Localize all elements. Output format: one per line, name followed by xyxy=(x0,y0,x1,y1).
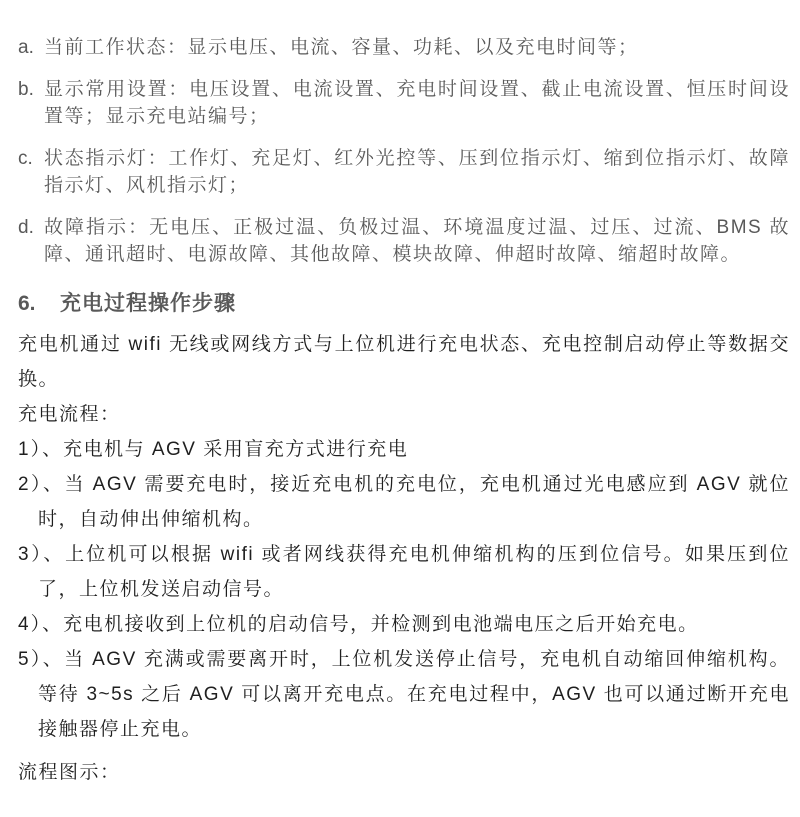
step-item-2: 2）、当 AGV 需要充电时，接近充电机的充电位，充电机通过光电感应到 AGV … xyxy=(18,467,790,537)
document-page: a. 当前工作状态：显示电压、电流、容量、功耗、以及充电时间等； b. 显示常用… xyxy=(0,0,800,817)
lettered-item-d: d. 故障指示：无电压、正极过温、负极过温、环境温度过温、过压、过流、BMS 故… xyxy=(18,214,790,268)
step-marker: 1）、 xyxy=(18,439,63,460)
lettered-item-b: b. 显示常用设置：电压设置、电流设置、充电时间设置、截止电流设置、恒压时间设置… xyxy=(18,76,790,130)
list-marker: d. xyxy=(18,214,44,268)
lettered-item-a: a. 当前工作状态：显示电压、电流、容量、功耗、以及充电时间等； xyxy=(18,34,790,61)
step-marker: 2）、 xyxy=(18,474,64,495)
section-number: 6. xyxy=(18,289,60,319)
list-item-text: 当前工作状态：显示电压、电流、容量、功耗、以及充电时间等； xyxy=(44,34,790,61)
step-text: 充电机接收到上位机的启动信号，并检测到电池端电压之后开始充电。 xyxy=(63,614,699,635)
step-text: 当 AGV 充满或需要离开时，上位机发送停止信号，充电机自动缩回伸缩机构。等待 … xyxy=(38,649,790,740)
step-marker: 4）、 xyxy=(18,614,63,635)
step-item-5: 5）、当 AGV 充满或需要离开时，上位机发送停止信号，充电机自动缩回伸缩机构。… xyxy=(18,642,790,747)
section-heading: 6. 充电过程操作步骤 xyxy=(18,289,790,319)
numbered-steps: 1）、充电机与 AGV 采用盲充方式进行充电 2）、当 AGV 需要充电时，接近… xyxy=(18,432,790,747)
list-marker: b. xyxy=(18,76,44,130)
step-item-3: 3）、上位机可以根据 wifi 或者网线获得充电机伸缩机构的压到位信号。如果压到… xyxy=(18,537,790,607)
step-marker: 5）、 xyxy=(18,649,64,670)
step-item-1: 1）、充电机与 AGV 采用盲充方式进行充电 xyxy=(18,432,790,467)
list-item-text: 显示常用设置：电压设置、电流设置、充电时间设置、截止电流设置、恒压时间设置等；显… xyxy=(44,76,790,130)
lettered-item-c: c. 状态指示灯：工作灯、充足灯、红外光控等、压到位指示灯、缩到位指示灯、故障指… xyxy=(18,145,790,199)
step-marker: 3）、 xyxy=(18,544,65,565)
step-text: 充电机与 AGV 采用盲充方式进行充电 xyxy=(63,439,408,460)
flow-diagram-label: 流程图示： xyxy=(18,755,790,790)
step-text: 上位机可以根据 wifi 或者网线获得充电机伸缩机构的压到位信号。如果压到位了，… xyxy=(38,544,790,600)
list-item-text: 故障指示：无电压、正极过温、负极过温、环境温度过温、过压、过流、BMS 故障、通… xyxy=(44,214,790,268)
process-label: 充电流程： xyxy=(18,397,790,432)
list-marker: a. xyxy=(18,34,44,61)
section-title: 充电过程操作步骤 xyxy=(60,289,236,319)
list-item-text: 状态指示灯：工作灯、充足灯、红外光控等、压到位指示灯、缩到位指示灯、故障指示灯、… xyxy=(44,145,790,199)
step-text: 当 AGV 需要充电时，接近充电机的充电位，充电机通过光电感应到 AGV 就位时… xyxy=(38,474,790,530)
list-marker: c. xyxy=(18,145,44,199)
intro-paragraph: 充电机通过 wifi 无线或网线方式与上位机进行充电状态、充电控制启动停止等数据… xyxy=(18,327,790,397)
step-item-4: 4）、充电机接收到上位机的启动信号，并检测到电池端电压之后开始充电。 xyxy=(18,607,790,642)
